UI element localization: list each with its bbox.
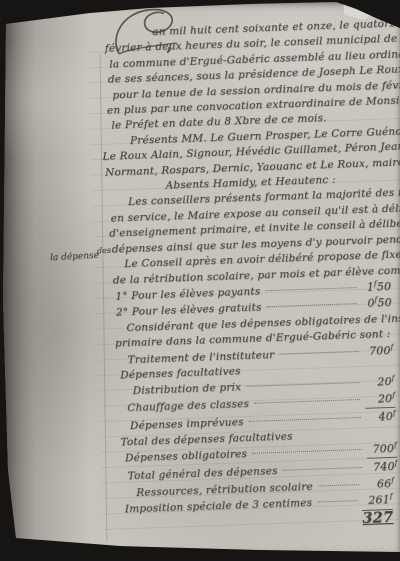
grand-total-amount: 327 xyxy=(362,509,393,526)
ledger-amount: 20f xyxy=(365,391,396,407)
handwritten-text-block: an mil huit cent soixante et onze, le qu… xyxy=(96,17,400,535)
ledger-amount: 1f50 xyxy=(361,279,392,295)
dot-leader xyxy=(283,467,363,471)
manuscript-page: la dépense des an mil huit cent soixante… xyxy=(0,0,400,561)
dot-leader xyxy=(318,484,359,486)
ledger-amount: 40f xyxy=(365,407,396,425)
dot-leader xyxy=(265,287,356,291)
dot-leader xyxy=(267,303,357,307)
dot-leader xyxy=(252,449,362,454)
ledger-amount: 66f xyxy=(364,476,395,492)
ledger-amount: 0f50 xyxy=(362,295,393,311)
dot-leader xyxy=(246,382,359,387)
ledger-amount: 261f xyxy=(362,492,393,508)
ledger-amount: 700f xyxy=(367,441,398,457)
ledger-amount: 700f xyxy=(363,342,394,358)
ledger-amount: 20f xyxy=(364,374,395,390)
dot-leader xyxy=(317,500,357,502)
dot-leader xyxy=(254,399,360,404)
dot-leader xyxy=(279,351,358,355)
ledger-amount: 740f xyxy=(367,457,398,475)
register-photo: la dépense des an mil huit cent soixante… xyxy=(0,0,400,561)
dot-leader xyxy=(249,417,361,422)
